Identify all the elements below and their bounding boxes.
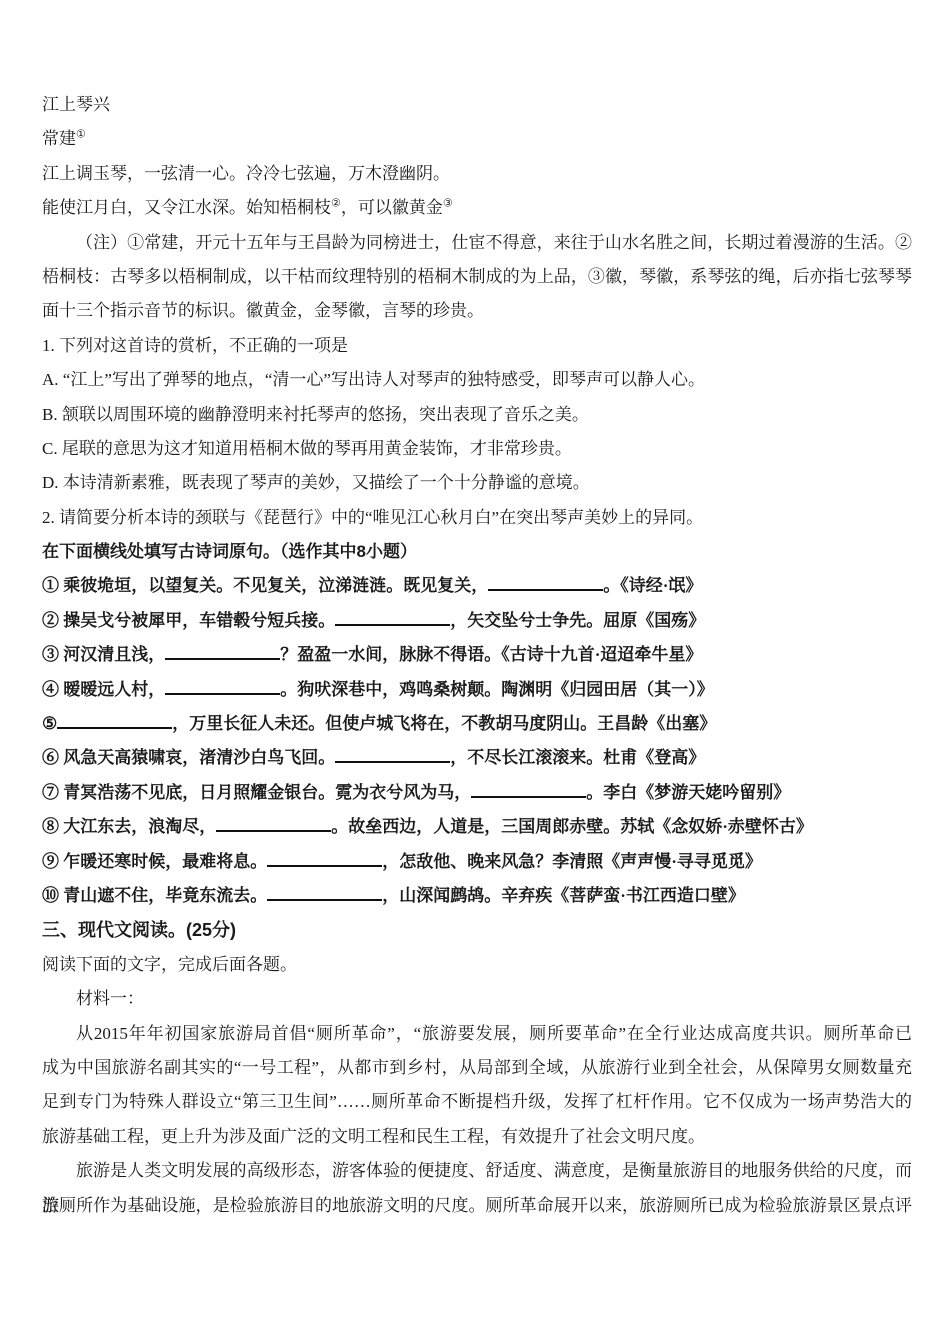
material-1-label: 材料一： xyxy=(42,982,912,1016)
material-1-para-1-line-1: 从2015年年初国家旅游局首倡“厕所革命”，“旅游要发展，厕所要革命”在全行业达… xyxy=(42,1017,912,1051)
fill-item-10: ⑩ 青山遮不住，毕竟东流去。，山深闻鹧鸪。辛弃疾《菩萨蛮·书江西造口壁》 xyxy=(42,879,912,913)
material-1-para-1-line-3: 足到专门为特殊人群设立“第三卫生间”……厕所革命不断提档升级，发挥了杠杆作用。它… xyxy=(42,1085,912,1119)
material-1-para-1-line-2: 成为中国旅游名副其实的“一号工程”，从都市到乡村，从局部到全域，从旅游行业到全社… xyxy=(42,1051,912,1085)
fill-item-5-pre: ⑤ xyxy=(42,714,57,733)
fill-item-1: ① 乘彼垝垣，以望复关。不见复关，泣涕涟涟。既见复关，。《诗经·氓》 xyxy=(42,569,912,603)
material-1-para-2-line-1: 旅游是人类文明发展的高级形态，游客体验的便捷度、舒适度、满意度，是衡量旅游目的地… xyxy=(42,1154,912,1188)
fill-item-9-pre: ⑨ 乍暖还寒时候，最难将息。 xyxy=(42,852,267,871)
blank-line xyxy=(335,747,450,763)
material-1-para-1-line-4: 旅游基础工程，更上升为涉及面广泛的文明工程和民生工程，有效提升了社会文明尺度。 xyxy=(42,1120,912,1154)
note-line-1: （注）①常建，开元十五年与王昌龄为同榜进士，仕宦不得意，来往于山水名胜之间，长期… xyxy=(42,226,912,260)
poem-title-text: 江上琴兴 xyxy=(42,95,110,114)
fill-item-8-pre: ⑧ 大江东去，浪淘尽， xyxy=(42,817,216,836)
question-1-stem: 1. 下列对这首诗的赏析，不正确的一项是 xyxy=(42,329,912,363)
note-line-3-text: 面十三个指示音节的标识。徽黄金，金琴徽，言琴的珍贵。 xyxy=(42,301,484,320)
fill-section-heading-text: 在下面横线处填写古诗词原句。（选作其中8小题） xyxy=(42,542,417,561)
fill-item-2-post: ，矢交坠兮士争先。屈原《国殇》 xyxy=(450,611,705,630)
fill-item-2-pre: ② 操吴戈兮被犀甲，车错毂兮短兵接。 xyxy=(42,611,335,630)
poem-note-ref-2: ② xyxy=(331,198,341,210)
fill-item-3: ③ 河汉清且浅，？盈盈一水间，脉脉不得语。《古诗十九首·迢迢牵牛星》 xyxy=(42,638,912,672)
fill-item-10-post: ，山深闻鹧鸪。辛弃疾《菩萨蛮·书江西造口壁》 xyxy=(382,886,745,905)
fill-item-6-post: ，不尽长江滚滚来。杜甫《登高》 xyxy=(450,748,705,767)
fill-item-3-post: ？盈盈一水间，脉脉不得语。《古诗十九首·迢迢牵牛星》 xyxy=(280,645,702,664)
fill-item-3-pre: ③ 河汉清且浅， xyxy=(42,645,165,664)
note-line-2: 梧桐枝：古琴多以梧桐制成，以干枯而纹理特别的梧桐木制成的为上品，③徽，琴徽，系琴… xyxy=(42,260,912,294)
exam-page: 江上琴兴 常建① 江上调玉琴，一弦清一心。冷冷七弦遍，万木澄幽阴。 能使江月白，… xyxy=(0,0,950,1344)
fill-item-7-pre: ⑦ 青冥浩荡不见底，日月照耀金银台。霓为衣兮风为马， xyxy=(42,783,471,802)
fill-item-8-post: 。故垒西边，人道是，三国周郎赤壁。苏轼《念奴娇·赤壁怀古》 xyxy=(331,817,813,836)
poem-author: 常建① xyxy=(42,122,912,156)
fill-item-10-pre: ⑩ 青山遮不住，毕竟东流去。 xyxy=(42,886,267,905)
note-line-1-text: （注）①常建，开元十五年与王昌龄为同榜进士，仕宦不得意，来往于山水名胜之间，长期… xyxy=(76,233,912,252)
blank-line xyxy=(335,610,450,626)
question-1-option-c: C. 尾联的意思为这才知道用梧桐木做的琴再用黄金装饰，才非常珍贵。 xyxy=(42,432,912,466)
blank-line xyxy=(488,575,603,591)
question-2-stem-text: 2. 请简要分析本诗的颈联与《琵琶行》中的“唯见江心秋月白”在突出琴声美妙上的异… xyxy=(42,508,703,527)
fill-item-6-pre: ⑥ 风急天高猿啸哀，渚清沙白鸟飞回。 xyxy=(42,748,335,767)
poem-author-name: 常建 xyxy=(42,129,76,148)
question-1-option-a: A. “江上”写出了弹琴的地点，“清一心”写出诗人对琴声的独特感受，即琴声可以静… xyxy=(42,363,912,397)
poem-line-1: 江上调玉琴，一弦清一心。冷冷七弦遍，万木澄幽阴。 xyxy=(42,157,912,191)
fill-item-5-post: ，万里长征人未还。但使卢城飞将在，不教胡马度阴山。王昌龄《出塞》 xyxy=(172,714,716,733)
fill-item-1-post: 。《诗经·氓》 xyxy=(603,576,702,595)
fill-item-4: ④ 暧暧远人村，。狗吠深巷中，鸡鸣桑树颠。陶渊明《归园田居（其一）》 xyxy=(42,673,912,707)
poem-line-2-part2: ，可以徽黄金 xyxy=(341,198,443,217)
fill-item-9: ⑨ 乍暖还寒时候，最难将息。，怎敌他、晚来风急？李清照《声声慢·寻寻觅觅》 xyxy=(42,845,912,879)
blank-line xyxy=(267,851,382,867)
author-note-ref: ① xyxy=(76,129,86,141)
note-line-3: 面十三个指示音节的标识。徽黄金，金琴徽，言琴的珍贵。 xyxy=(42,294,912,328)
material-text: 游厕所作为基础设施，是检验旅游目的地旅游文明的尺度。厕所革命展开以来，旅游厕所已… xyxy=(42,1196,912,1215)
option-b-text: B. 颔联以周围环境的幽静澄明来衬托琴声的悠扬，突出表现了音乐之美。 xyxy=(42,405,589,424)
material-text: 成为中国旅游名副其实的“一号工程”，从都市到乡村，从局部到全域，从旅游行业到全社… xyxy=(42,1058,912,1077)
question-1-option-d: D. 本诗清新素雅，既表现了琴声的美妙，又描绘了一个十分静谧的意境。 xyxy=(42,466,912,500)
material-text: 从2015年年初国家旅游局首倡“厕所革命”，“旅游要发展，厕所要革命”在全行业达… xyxy=(76,1024,912,1043)
blank-line xyxy=(165,644,280,660)
fill-item-6: ⑥ 风急天高猿啸哀，渚清沙白鸟飞回。，不尽长江滚滚来。杜甫《登高》 xyxy=(42,741,912,775)
section-3-instruction-text: 阅读下面的文字，完成后面各题。 xyxy=(42,955,297,974)
blank-line xyxy=(165,679,280,695)
section-3-heading-text: 三、现代文阅读。(25分) xyxy=(42,920,236,940)
poem-title: 江上琴兴 xyxy=(42,88,912,122)
fill-item-7: ⑦ 青冥浩荡不见底，日月照耀金银台。霓为衣兮风为马，。李白《梦游天姥吟留别》 xyxy=(42,776,912,810)
fill-item-2: ② 操吴戈兮被犀甲，车错毂兮短兵接。，矢交坠兮士争先。屈原《国殇》 xyxy=(42,604,912,638)
fill-section-heading: 在下面横线处填写古诗词原句。（选作其中8小题） xyxy=(42,535,912,569)
material-text: 足到专门为特殊人群设立“第三卫生间”……厕所革命不断提档升级，发挥了杠杆作用。它… xyxy=(42,1092,912,1111)
note-line-2-text: 梧桐枝：古琴多以梧桐制成，以干枯而纹理特别的梧桐木制成的为上品，③徽，琴徽，系琴… xyxy=(42,267,912,286)
blank-line xyxy=(57,713,172,729)
material-1-para-2-line-2: 游厕所作为基础设施，是检验旅游目的地旅游文明的尺度。厕所革命展开以来，旅游厕所已… xyxy=(42,1189,912,1223)
poem-line-2-part1: 能使江月白，又令江水深。始知梧桐枝 xyxy=(42,198,331,217)
fill-item-1-pre: ① 乘彼垝垣，以望复关。不见复关，泣涕涟涟。既见复关， xyxy=(42,576,488,595)
poem-line-2: 能使江月白，又令江水深。始知梧桐枝②，可以徽黄金③ xyxy=(42,191,912,225)
fill-item-4-post: 。狗吠深巷中，鸡鸣桑树颠。陶渊明《归园田居（其一）》 xyxy=(280,680,714,699)
blank-line xyxy=(216,816,331,832)
fill-item-7-post: 。李白《梦游天姥吟留别》 xyxy=(586,783,790,802)
poem-note-ref-3: ③ xyxy=(443,198,453,210)
option-a-text: A. “江上”写出了弹琴的地点，“清一心”写出诗人对琴声的独特感受，即琴声可以静… xyxy=(42,370,705,389)
material-text: 旅游基础工程，更上升为涉及面广泛的文明工程和民生工程，有效提升了社会文明尺度。 xyxy=(42,1127,705,1146)
question-1-stem-text: 1. 下列对这首诗的赏析，不正确的一项是 xyxy=(42,336,348,355)
poem-line-1-text: 江上调玉琴，一弦清一心。冷冷七弦遍，万木澄幽阴。 xyxy=(42,164,450,183)
fill-item-8: ⑧ 大江东去，浪淘尽，。故垒西边，人道是，三国周郎赤壁。苏轼《念奴娇·赤壁怀古》 xyxy=(42,810,912,844)
option-c-text: C. 尾联的意思为这才知道用梧桐木做的琴再用黄金装饰，才非常珍贵。 xyxy=(42,439,572,458)
option-d-text: D. 本诗清新素雅，既表现了琴声的美妙，又描绘了一个十分静谧的意境。 xyxy=(42,473,590,492)
section-3-instruction: 阅读下面的文字，完成后面各题。 xyxy=(42,948,912,982)
fill-item-4-pre: ④ 暧暧远人村， xyxy=(42,680,165,699)
section-3-heading: 三、现代文阅读。(25分) xyxy=(42,913,912,947)
blank-line xyxy=(267,885,382,901)
material-1-label-text: 材料一： xyxy=(76,989,144,1008)
fill-item-5: ⑤，万里长征人未还。但使卢城飞将在，不教胡马度阴山。王昌龄《出塞》 xyxy=(42,707,912,741)
blank-line xyxy=(471,782,586,798)
fill-item-9-post: ，怎敌他、晚来风急？李清照《声声慢·寻寻觅觅》 xyxy=(382,852,762,871)
question-1-option-b: B. 颔联以周围环境的幽静澄明来衬托琴声的悠扬，突出表现了音乐之美。 xyxy=(42,398,912,432)
question-2-stem: 2. 请简要分析本诗的颈联与《琵琶行》中的“唯见江心秋月白”在突出琴声美妙上的异… xyxy=(42,501,912,535)
